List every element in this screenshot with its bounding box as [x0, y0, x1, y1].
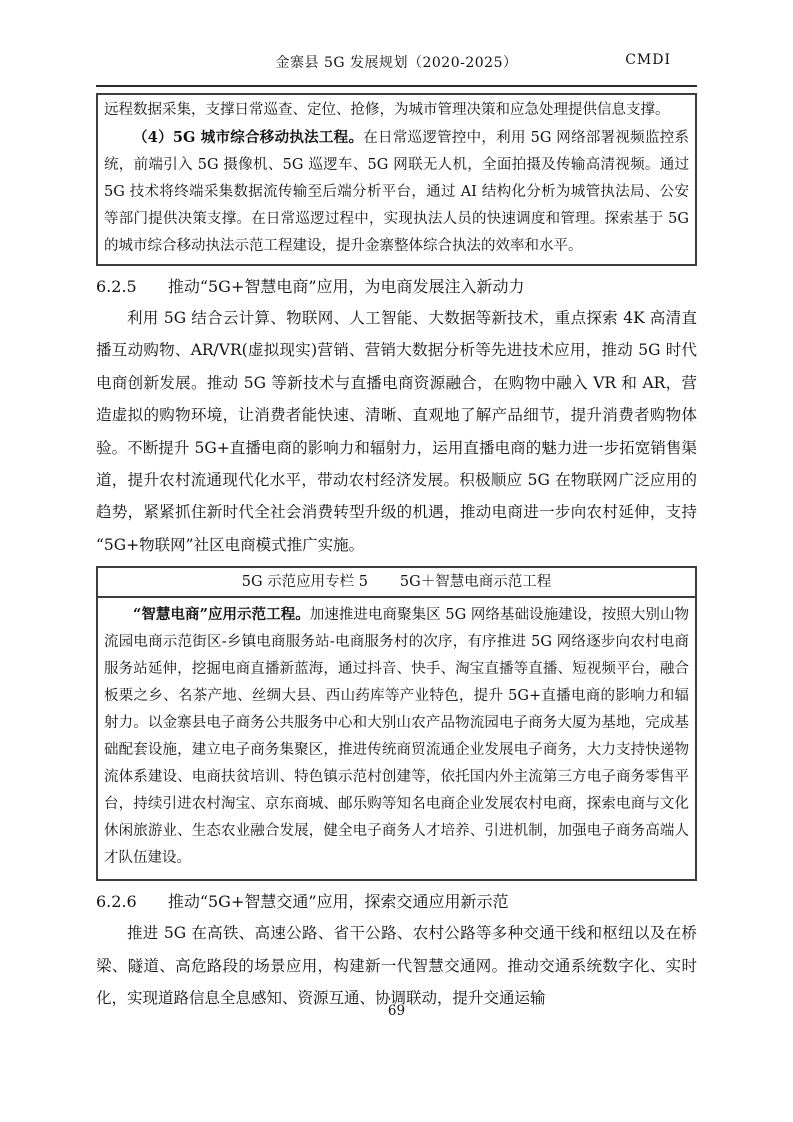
continuation-textbox: 远程数据采集，支撑日常巡查、定位、抢修，为城市管理决策和应急处理提供信息支撑。 … — [96, 93, 697, 266]
header-rule — [96, 85, 697, 87]
page-footer: 69 — [0, 1003, 793, 1019]
brand-cmdi: CMDI — [625, 52, 671, 68]
showcase-box-label: 5G 示范应用专栏 5 — [242, 574, 368, 590]
showcase-box-project-title: 5G＋智慧电商示范工程 — [400, 574, 551, 590]
ecommerce-demo-lead: “智慧电商”应用示范工程。 — [133, 606, 310, 623]
mobile-enforcement-text: 在日常巡逻管控中，利用 5G 网络部署视频监控系统，前端引入 5G 摄像机、5G… — [104, 130, 689, 254]
page-header: 金寨县 5G 发展规划（2020-2025） CMDI — [96, 0, 697, 72]
page-number: 69 — [388, 1003, 405, 1019]
section-6-2-5-number: 6.2.5 — [96, 275, 137, 299]
para-mobile-enforcement: （4）5G 城市综合移动执法工程。在日常巡逻管控中，利用 5G 网络部署视频监控… — [104, 124, 689, 260]
para-smart-ecommerce: 利用 5G 结合云计算、物联网、人工智能、大数据等新技术，重点探索 4K 高清直… — [96, 302, 697, 561]
document-title: 金寨县 5G 发展规划（2020-2025） — [96, 52, 697, 72]
showcase-box-5: 5G 示范应用专栏 55G＋智慧电商示范工程 “智慧电商”应用示范工程。加速推进… — [96, 566, 697, 881]
showcase-box-header: 5G 示范应用专栏 55G＋智慧电商示范工程 — [98, 568, 695, 598]
showcase-box-body: “智慧电商”应用示范工程。加速推进电商聚集区 5G 网络基础设施建设，按照大别山… — [98, 598, 695, 879]
document-page: 金寨县 5G 发展规划（2020-2025） CMDI 远程数据采集，支撑日常巡… — [0, 0, 793, 1122]
section-6-2-5-title: 推动“5G+智慧电商”应用，为电商发展注入新动力 — [168, 275, 525, 299]
para-remote-data-collection: 远程数据采集，支撑日常巡查、定位、抢修，为城市管理决策和应急处理提供信息支撑。 — [104, 97, 689, 124]
mobile-enforcement-lead: （4）5G 城市综合移动执法工程。 — [133, 129, 363, 146]
section-6-2-6-title: 推动“5G+智慧交通”应用，探索交通应用新示范 — [168, 890, 509, 914]
section-6-2-5-heading: 6.2.5 推动“5G+智慧电商”应用，为电商发展注入新动力 — [96, 275, 697, 299]
section-6-2-6-heading: 6.2.6 推动“5G+智慧交通”应用，探索交通应用新示范 — [96, 890, 697, 914]
ecommerce-demo-text: 加速推进电商聚集区 5G 网络基础设施建设，按照大别山物流园电商示范街区-乡镇电… — [104, 607, 689, 866]
section-6-2-6-number: 6.2.6 — [96, 890, 137, 914]
para-ecommerce-demo: “智慧电商”应用示范工程。加速推进电商聚集区 5G 网络基础设施建设，按照大别山… — [104, 601, 689, 872]
para-smart-transport: 推进 5G 在高铁、高速公路、省干公路、农村公路等多种交通干线和枢纽以及在桥梁、… — [96, 917, 697, 1014]
